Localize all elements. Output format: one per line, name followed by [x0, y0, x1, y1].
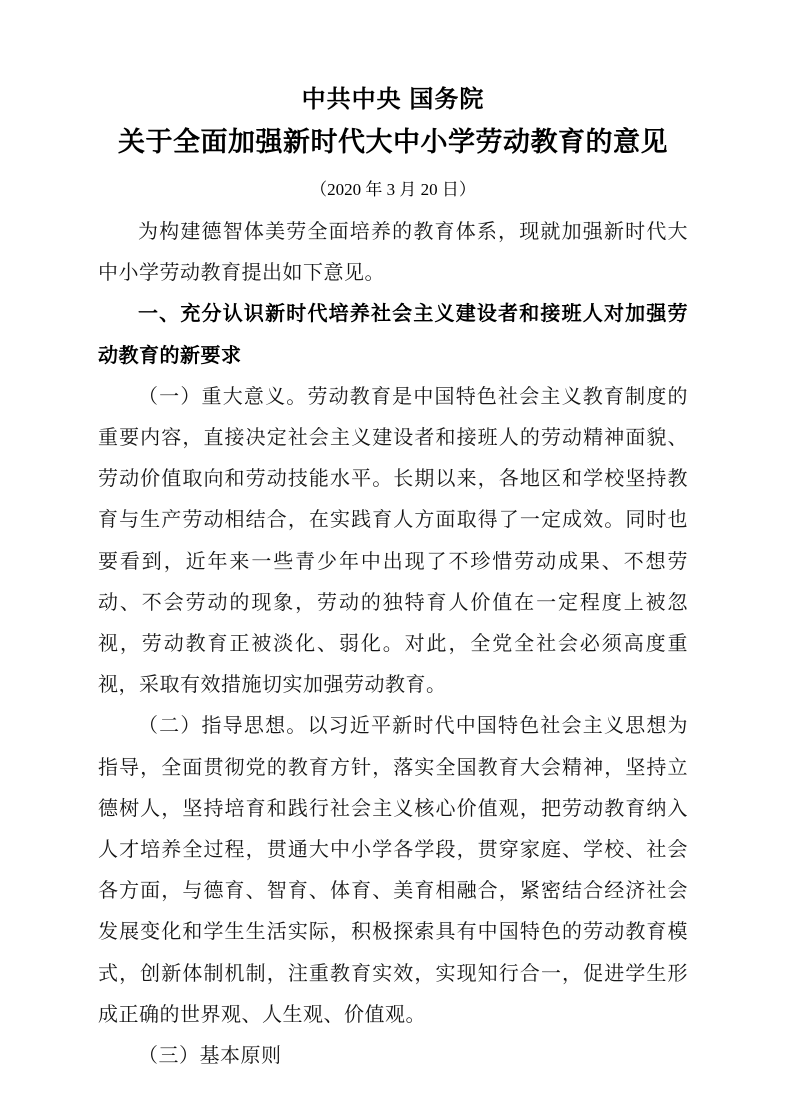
paragraph-significance: （一）重大意义。劳动教育是中国特色社会主义教育制度的重要内容，直接决定社会主义建…: [98, 377, 688, 707]
document-title-org: 中共中央 国务院: [98, 84, 688, 116]
section-heading-1: 一、充分认识新时代培养社会主义建设者和接班人对加强劳动教育的新要求: [98, 294, 688, 376]
paragraph-basic-principles: （三）基本原则: [98, 1036, 688, 1077]
intro-paragraph: 为构建德智体美劳全面培养的教育体系，现就加强新时代大中小学劳动教育提出如下意见。: [98, 212, 688, 294]
document-title-main: 关于全面加强新时代大中小学劳动教育的意见: [98, 124, 688, 160]
document-body: 为构建德智体美劳全面培养的教育体系，现就加强新时代大中小学劳动教育提出如下意见。…: [98, 212, 688, 1077]
document-date: （2020 年 3 月 20 日）: [98, 178, 688, 202]
document-page: 中共中央 国务院 关于全面加强新时代大中小学劳动教育的意见 （2020 年 3 …: [0, 0, 794, 1108]
paragraph-guiding-ideology: （二）指导思想。以习近平新时代中国特色社会主义思想为指导，全面贯彻党的教育方针，…: [98, 706, 688, 1036]
